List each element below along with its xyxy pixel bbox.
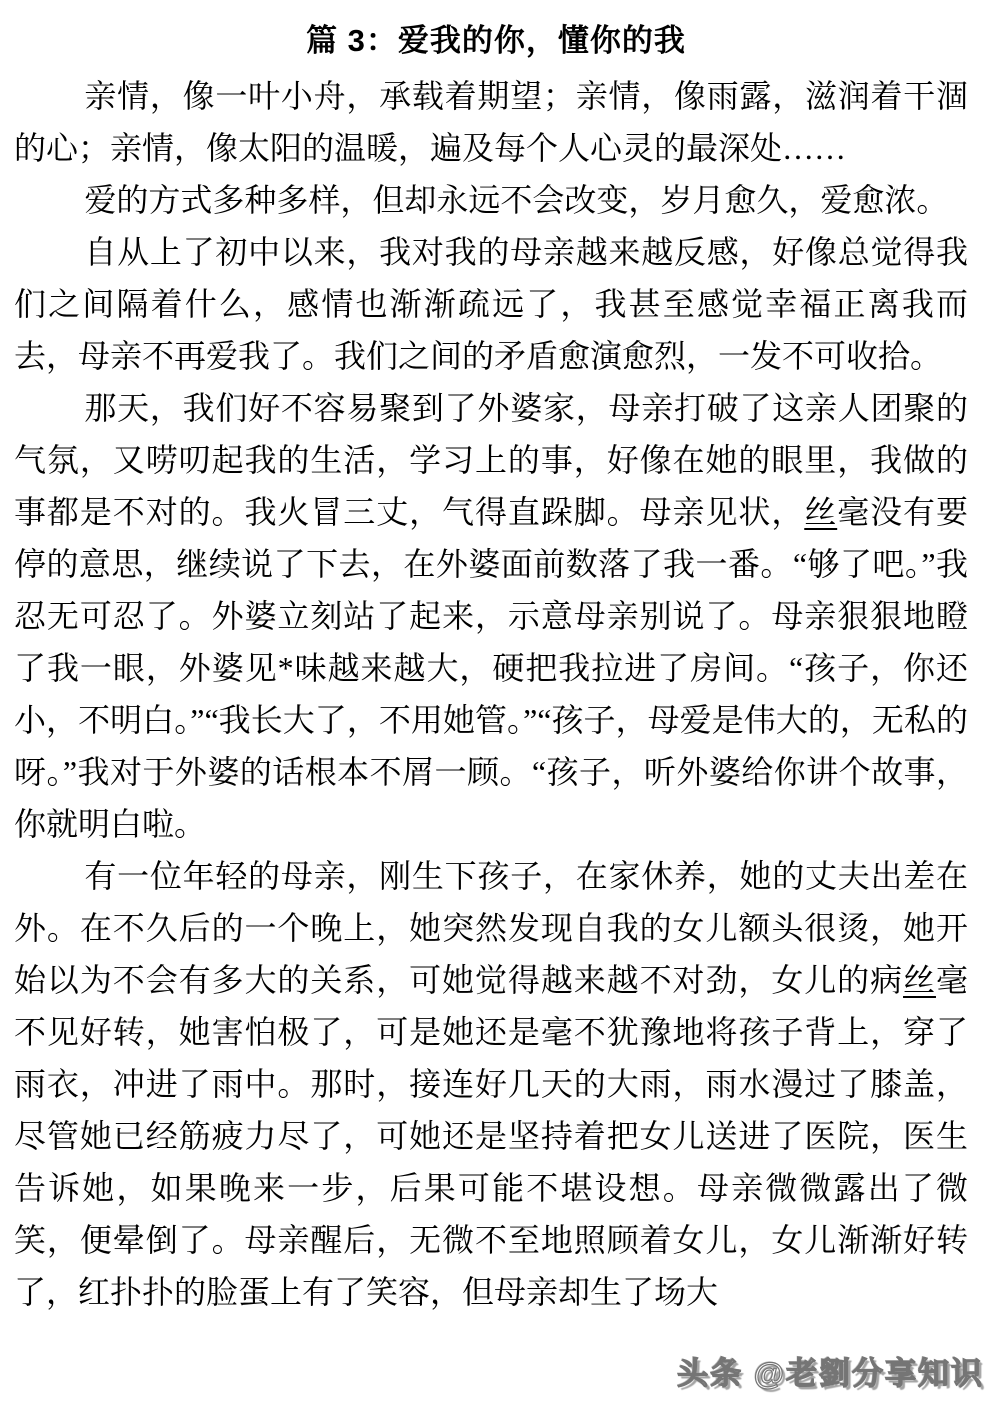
document-page: 篇 3：爱我的你，懂你的我 亲情，像一叶小舟，承载着期望；亲情，像雨露，滋润着干…: [0, 0, 992, 1403]
underlined-text: 丝: [804, 494, 837, 530]
paragraph: 有一位年轻的母亲，刚生下孩子，在家休养，她的丈夫出差在外。在不久后的一个晚上，她…: [14, 850, 968, 1318]
page-title: 篇 3：爱我的你，懂你的我: [0, 22, 992, 60]
text-run: 爱的方式多种多样，但却永远不会改变，岁月愈久，爱愈浓。: [84, 182, 948, 218]
watermark: 头条 @老劉分享知识: [677, 1348, 984, 1393]
text-run: 毫不见好转，她害怕极了，可是她还是毫不犹豫地将孩子背上，穿了雨衣，冲进了雨中。那…: [14, 962, 968, 1310]
paragraph: 那天，我们好不容易聚到了外婆家，母亲打破了这亲人团聚的气氛，又唠叨起我的生活，学…: [14, 382, 968, 850]
underlined-text: 丝: [903, 962, 936, 998]
paragraph: 自从上了初中以来，我对我的母亲越来越反感，好像总觉得我们之间隔着什么，感情也渐渐…: [14, 226, 968, 382]
paragraph: 亲情，像一叶小舟，承载着期望；亲情，像雨露，滋润着干涸的心；亲情，像太阳的温暖，…: [14, 70, 968, 174]
essay-body: 亲情，像一叶小舟，承载着期望；亲情，像雨露，滋润着干涸的心；亲情，像太阳的温暖，…: [14, 70, 968, 1318]
text-run: 自从上了初中以来，我对我的母亲越来越反感，好像总觉得我们之间隔着什么，感情也渐渐…: [14, 234, 968, 374]
paragraph: 爱的方式多种多样，但却永远不会改变，岁月愈久，爱愈浓。: [14, 174, 968, 226]
text-run: 亲情，像一叶小舟，承载着期望；亲情，像雨露，滋润着干涸的心；亲情，像太阳的温暖，…: [14, 78, 968, 166]
text-run: 有一位年轻的母亲，刚生下孩子，在家休养，她的丈夫出差在外。在不久后的一个晚上，她…: [14, 858, 968, 998]
text-run: 毫没有要停的意思，继续说了下去，在外婆面前数落了我一番。“够了吧。”我忍无可忍了…: [14, 494, 968, 842]
